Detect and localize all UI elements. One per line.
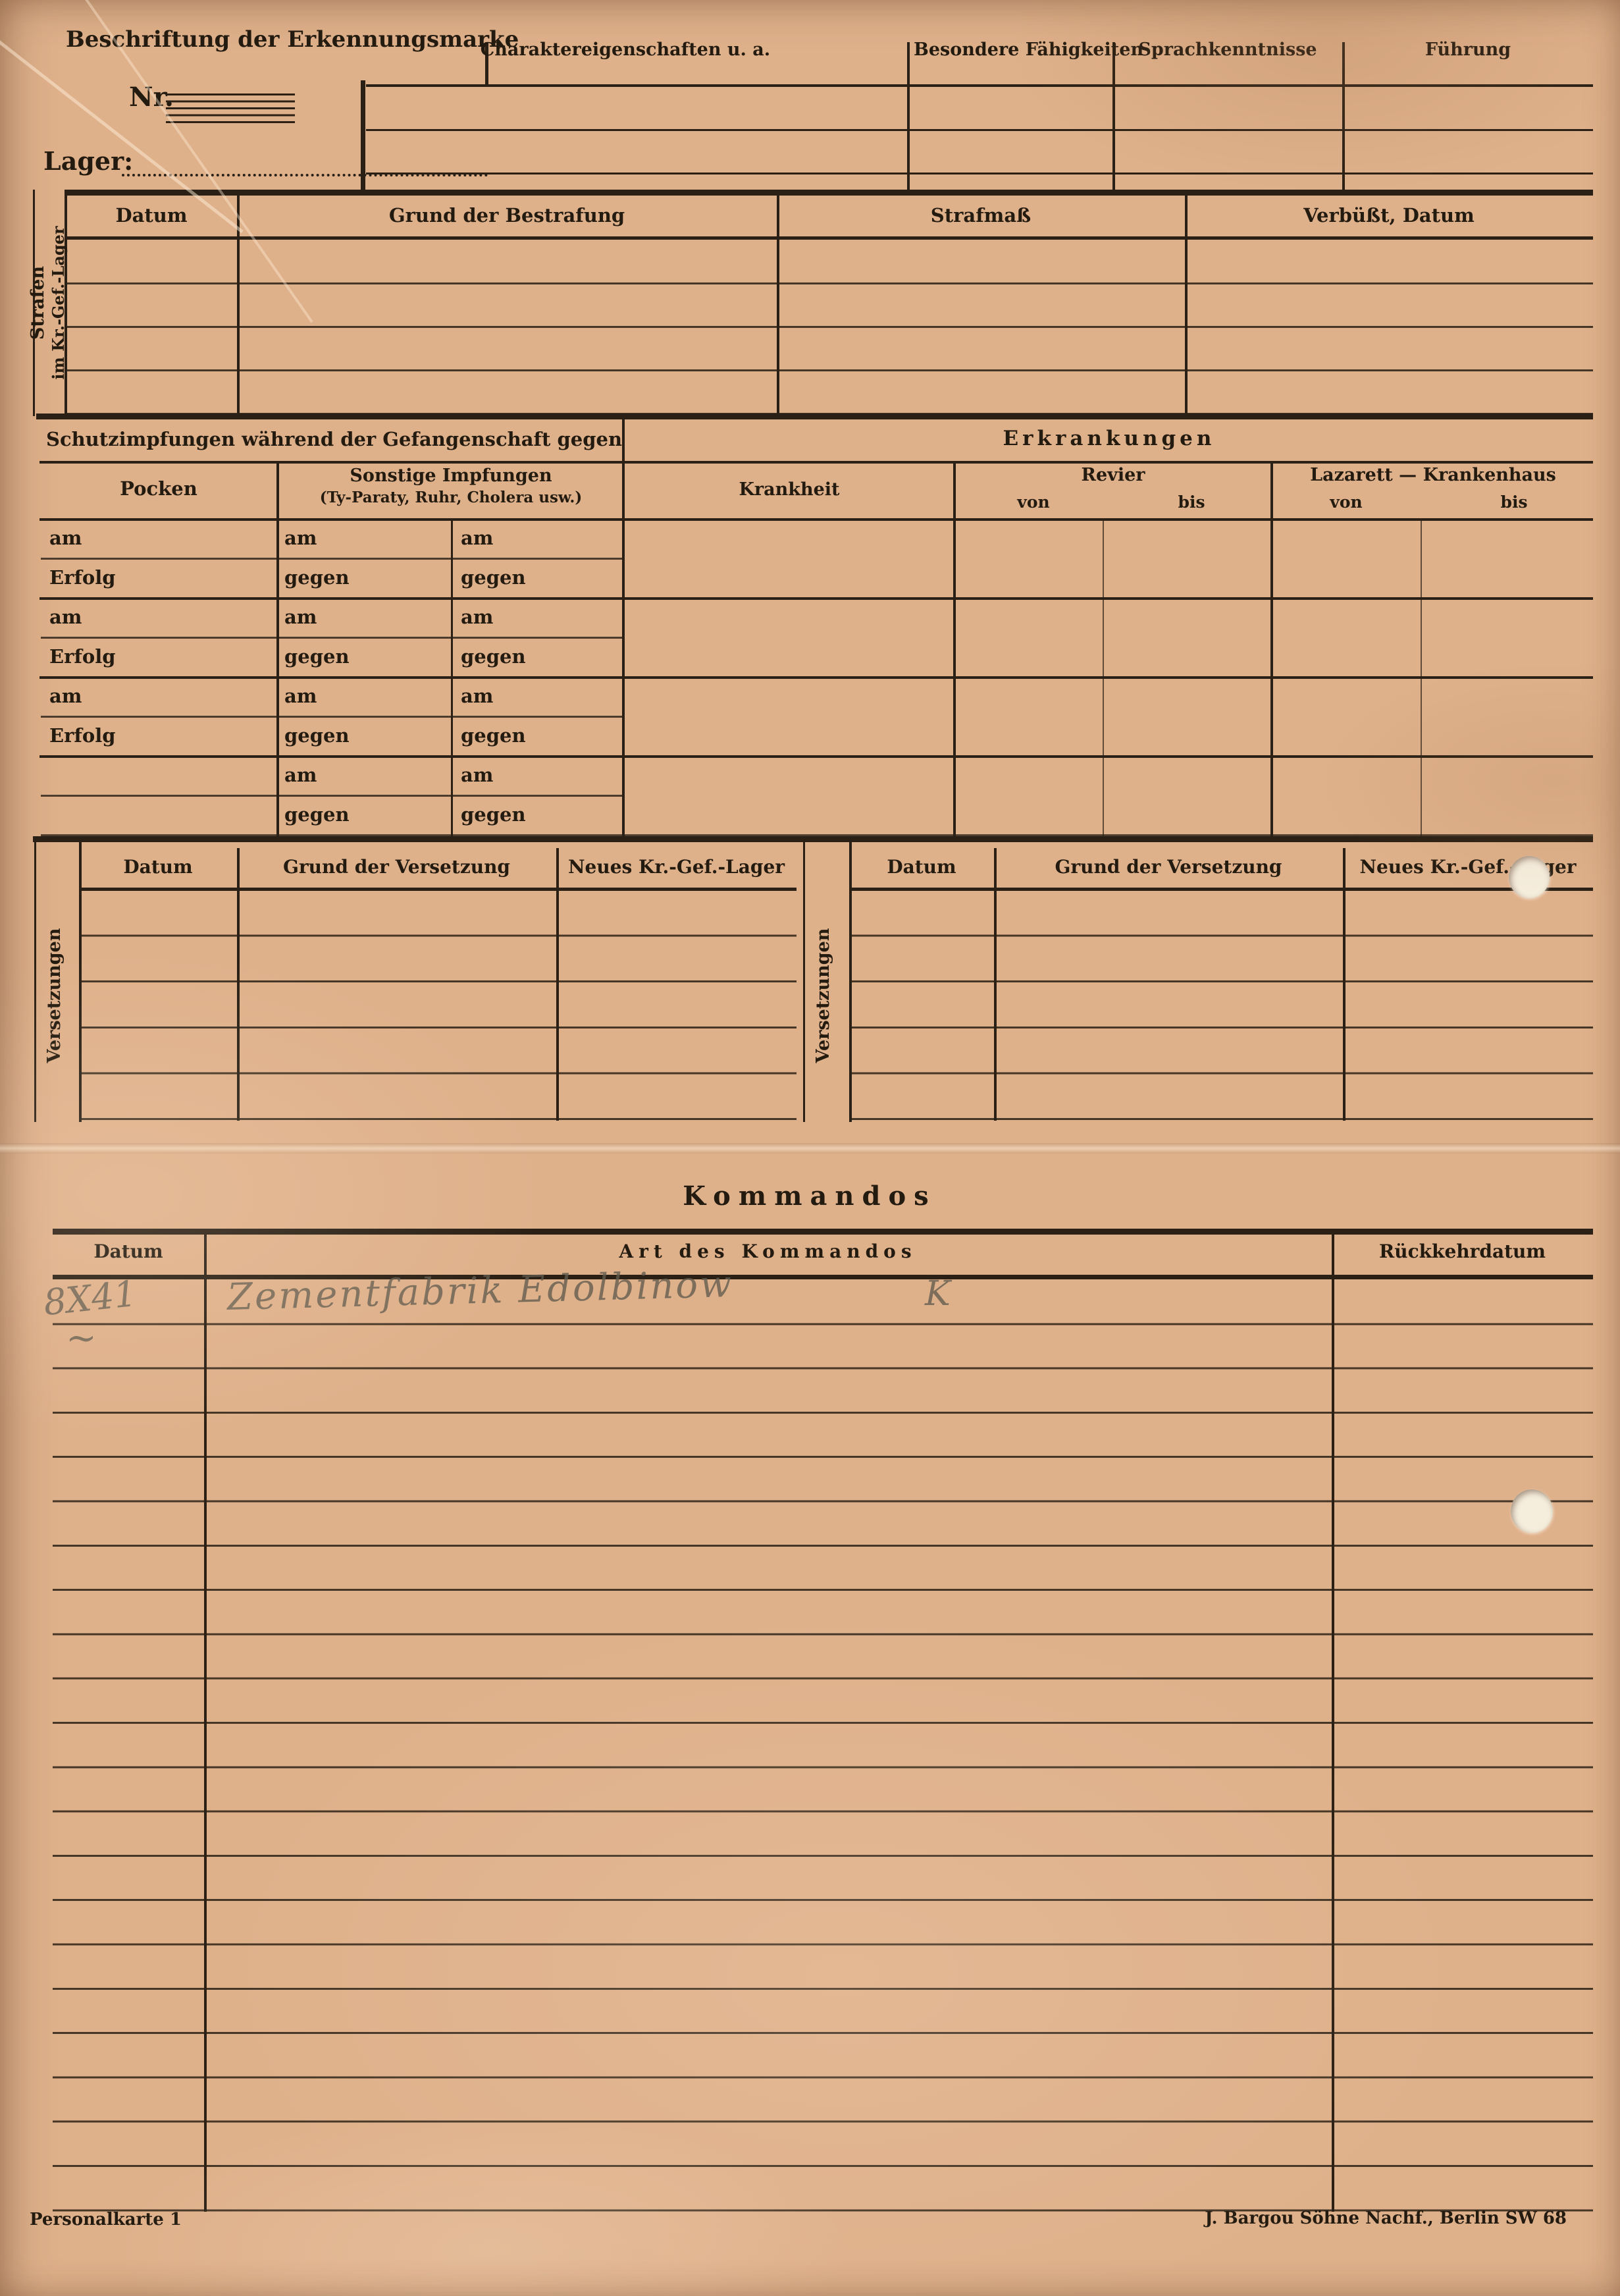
footer-printer-imprint: J. Bargou Söhne Nachf., Berlin SW 68 <box>1172 2208 1567 2228</box>
fold-crease <box>0 1143 1620 1154</box>
impfung-row-label: gegen <box>284 803 350 826</box>
section-border <box>65 190 1593 196</box>
personalkarte-back-sheet: Beschriftung der Erkennungsmarke Nr. Lag… <box>0 0 1620 2296</box>
impfung-row-label: am <box>284 685 317 707</box>
versetzungen-left-rows <box>80 891 797 1120</box>
pair-line <box>39 676 1593 679</box>
pocken-row-label: Erfolg <box>49 566 116 589</box>
impfungen-col-pocken: Pocken <box>41 477 276 500</box>
versetzungen-col-datum: Datum <box>849 856 994 878</box>
kommandos-col-art: Art des Kommandos <box>204 1241 1332 1262</box>
impfung-row-label: gegen <box>461 566 526 589</box>
kommandos-title: Kommandos <box>665 1181 954 1212</box>
top-col-sprachkenntnisse: Sprachkenntnisse <box>1119 40 1336 60</box>
impfung-row-label: gegen <box>461 645 526 668</box>
strafen-col-datum: Datum <box>66 204 237 227</box>
section-border <box>33 836 1593 842</box>
revier-bis-label: bis <box>1145 493 1238 512</box>
lazarett-von-label: von <box>1300 493 1392 512</box>
lager-label: Lager: <box>43 146 133 176</box>
column-divider <box>1112 42 1115 191</box>
lazarett-bis-label: bis <box>1468 493 1560 512</box>
strafen-side-label-line1: Strafen <box>28 184 48 421</box>
section-border <box>53 1229 1593 1235</box>
impfung-row-label: am <box>284 764 317 786</box>
impfungen-col-sonstige-line1: Sonstige Impfungen <box>280 466 622 486</box>
revier-von-label: von <box>987 493 1080 512</box>
impfungen-col-sonstige-line2: (Ty-Paraty, Ruhr, Cholera usw.) <box>280 489 622 506</box>
impfung-row-label: gegen <box>284 724 350 747</box>
erkrankungen-title: Erkrankungen <box>625 427 1593 450</box>
versetzungen-col-datum: Datum <box>79 856 237 878</box>
side-strip-edge <box>34 842 36 1122</box>
pair-line <box>39 755 1593 758</box>
pocken-row-label: am <box>49 527 82 549</box>
pair-line <box>39 597 1593 600</box>
versetzungen-side-label-left: Versetzungen <box>44 897 70 1094</box>
impfung-row-label: gegen <box>461 803 526 826</box>
table-edge-line <box>361 80 365 191</box>
top-col-fuehrung: Führung <box>1346 40 1590 60</box>
impfung-row-label: am <box>461 606 493 628</box>
versetzungen-col-neues: Neues Kr.-Gef.-Lager <box>556 856 797 878</box>
handwritten-kommando-note: K <box>925 1274 951 1314</box>
impfung-row-label: gegen <box>461 724 526 747</box>
table-line <box>366 173 1593 174</box>
strafen-side-label: Strafen im Kr.-Gef.-Lager <box>28 184 70 421</box>
kommandos-col-datum: Datum <box>53 1241 204 1262</box>
pocken-row-label: am <box>49 606 82 628</box>
strafen-col-grund: Grund der Bestrafung <box>237 204 777 227</box>
table-line <box>366 129 1593 131</box>
header-underline <box>366 84 1593 87</box>
impfung-row-label: am <box>461 685 493 707</box>
versetzungen-col-neues: Neues Kr.-Gef.-Lager <box>1343 856 1593 878</box>
impfung-row-label: am <box>461 527 493 549</box>
erkrankungen-col-lazarett: Lazarett — Krankenhaus <box>1273 465 1593 485</box>
top-col-charaktereigenschaften: Charaktereigenschaften u. a. <box>428 40 823 60</box>
impfung-row-label: am <box>461 764 493 786</box>
top-col-besondere-faehigkeiten: Besondere Fähigkeiten <box>914 40 1109 60</box>
punch-hole <box>1511 1489 1553 1533</box>
impfung-row-label: am <box>284 606 317 628</box>
side-strip-edge <box>803 842 805 1122</box>
section-border <box>36 414 1593 419</box>
erkrankungen-col-krankheit: Krankheit <box>625 479 953 500</box>
pocken-row-label: am <box>49 685 82 707</box>
header-underline <box>39 461 1593 464</box>
punch-hole <box>1509 856 1550 898</box>
versetzungen-right-rows <box>850 891 1593 1120</box>
handwritten-continuation-mark: ~ <box>66 1317 97 1360</box>
footer-form-name: Personalkarte 1 <box>30 2210 182 2229</box>
versetzungen-col-grund: Grund der Versetzung <box>237 856 556 878</box>
column-divider <box>1342 42 1345 191</box>
impfung-row-label: am <box>284 527 317 549</box>
pocken-row-label: Erfolg <box>49 645 116 668</box>
impfungen-title: Schutzimpfungen während der Gefangenscha… <box>46 428 619 450</box>
header-underline <box>65 236 1593 240</box>
impfung-row-label: gegen <box>284 566 350 589</box>
impfung-row-label: gegen <box>284 645 350 668</box>
pocken-row-label: Erfolg <box>49 724 116 747</box>
strafen-col-verbuesst: Verbüßt, Datum <box>1185 204 1593 227</box>
kommandos-col-rueckkehr: Rückkehrdatum <box>1332 1241 1593 1262</box>
versetzungen-col-grund: Grund der Versetzung <box>994 856 1343 878</box>
versetzungen-side-label-right: Versetzungen <box>813 897 839 1094</box>
tag-inscription-label: Beschriftung der Erkennungsmarke <box>66 26 474 53</box>
erkrankungen-col-revier: Revier <box>956 465 1270 485</box>
kommandos-body-rows <box>53 1281 1593 2212</box>
strafen-col-strafmass: Strafmaß <box>777 204 1185 227</box>
column-divider <box>907 42 910 191</box>
nr-ruled-lines <box>166 93 295 124</box>
strafen-body-rows <box>66 241 1593 414</box>
